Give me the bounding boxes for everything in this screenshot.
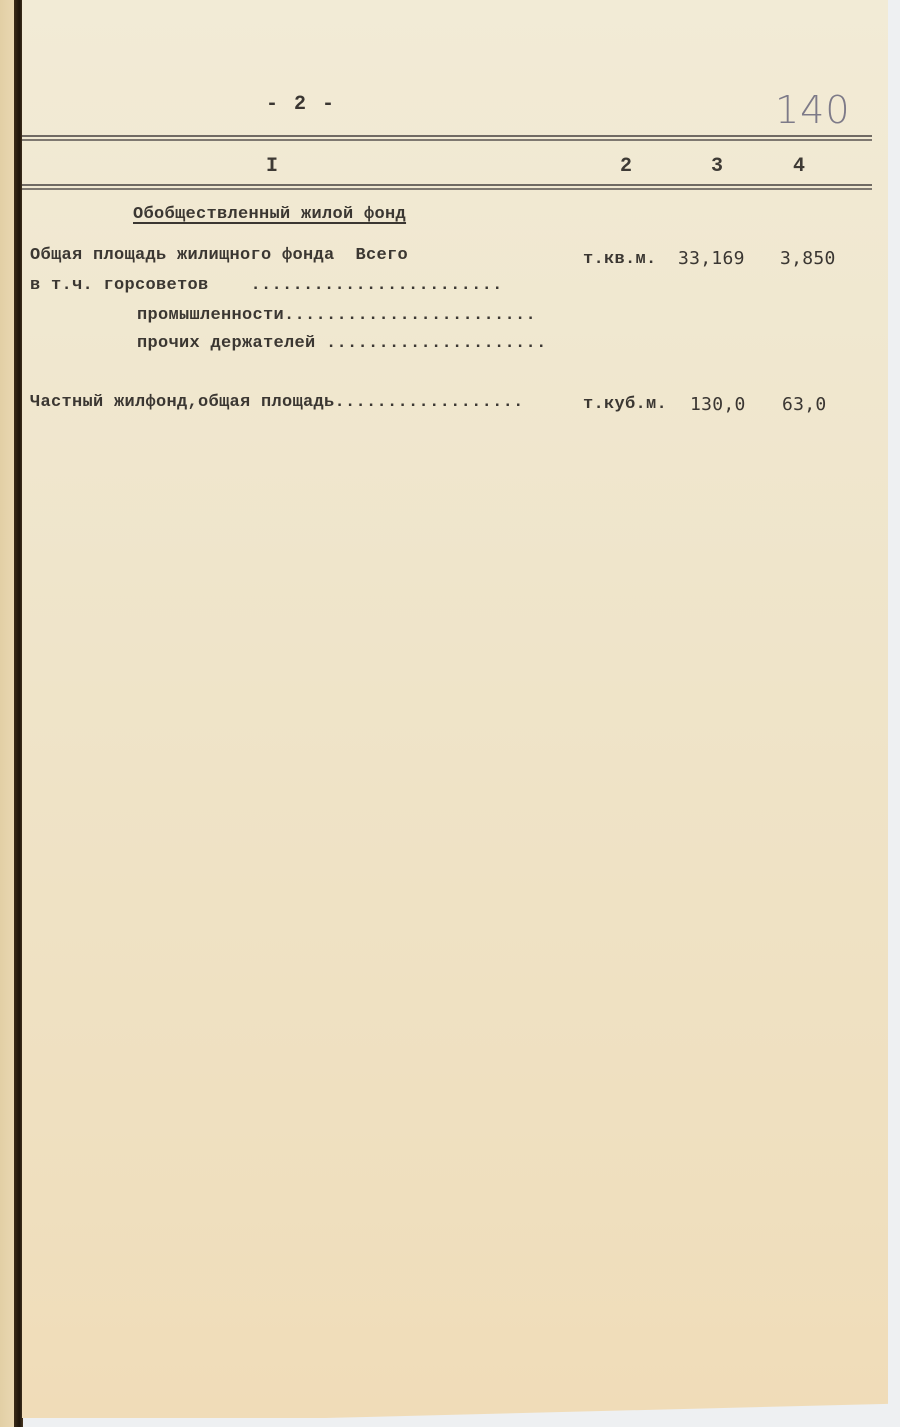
row-label: Частный жилфонд,общая площадь...........… [30,393,524,412]
row-label: Общая площадь жилищного фонда Всего [30,246,408,265]
row-value-col4: 63,0 [782,394,827,415]
row-label: в т.ч. горсоветов ......................… [30,276,503,295]
section-title: Обобществленный жилой фонд [133,205,406,224]
row-unit: т.кв.м. [583,250,657,269]
row-value-col3: 130,0 [690,394,746,415]
archive-sheet-number: 140 [775,88,851,132]
row-value-col4: 3,850 [780,248,836,269]
column-header-1: I [266,155,278,178]
page-number: - 2 - [266,93,336,116]
table-header-bottom-rule [22,184,872,190]
table-header-top-rule [22,135,872,141]
column-header-3: 3 [711,155,723,178]
row-label: прочих держателей ..................... [137,334,547,353]
row-unit: т.куб.м. [583,395,667,414]
column-header-4: 4 [793,155,805,178]
book-binding [14,0,23,1427]
row-value-col3: 33,169 [678,248,745,269]
column-header-2: 2 [620,155,632,178]
row-label: промышленности........................ [137,306,536,325]
